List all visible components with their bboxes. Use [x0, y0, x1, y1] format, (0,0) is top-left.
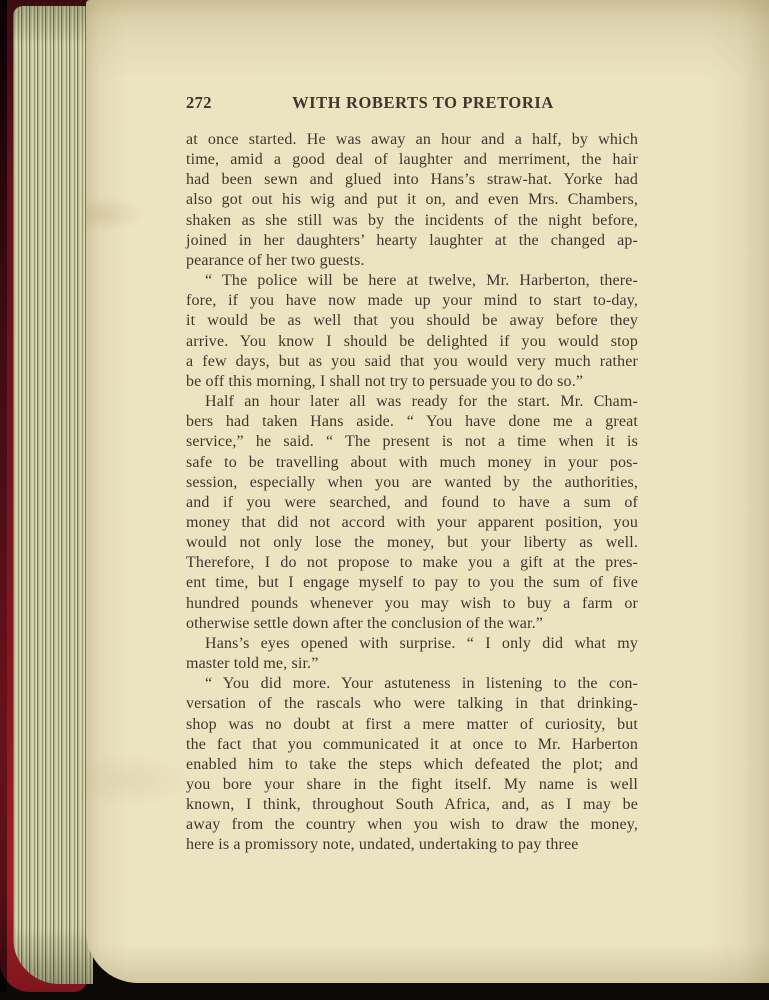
text-line: it would be as well that you should be a…	[186, 311, 638, 331]
text-line: hundred pounds whenever you may wish to …	[186, 594, 638, 614]
text-line: shaken as she still was by the incidents…	[186, 211, 638, 231]
text-line: be off this morning, I shall not try to …	[186, 372, 638, 392]
text-line: Therefore, I do not propose to make you …	[186, 553, 638, 573]
text-line: “ You did more. Your astuteness in liste…	[186, 674, 638, 694]
text-line: known, I think, throughout South Africa,…	[186, 795, 638, 815]
text-line: Half an hour later all was ready for the…	[186, 392, 638, 412]
text-line: safe to be travelling about with much mo…	[186, 453, 638, 473]
book-page: 272 WITH ROBERTS TO PRETORIA at once sta…	[86, 0, 769, 983]
text-line: money that did not accord with your appa…	[186, 513, 638, 533]
page-text: at once started. He was away an hour and…	[186, 130, 638, 856]
running-head: 272 WITH ROBERTS TO PRETORIA	[186, 93, 638, 113]
text-line: a few days, but as you said that you wou…	[186, 352, 638, 372]
text-line: you bore your share in the fight itself.…	[186, 775, 638, 795]
text-line: also got out his wig and put it on, and …	[186, 190, 638, 210]
text-line: the fact that you communicated it at onc…	[186, 735, 638, 755]
text-line: versation of the rascals who were talkin…	[186, 694, 638, 714]
text-line: had been sewn and glued into Hans’s stra…	[186, 170, 638, 190]
running-title: WITH ROBERTS TO PRETORIA	[186, 93, 660, 113]
text-line: Hans’s eyes opened with surprise. “ I on…	[186, 634, 638, 654]
text-line: time, amid a good deal of laughter and m…	[186, 150, 638, 170]
text-line: and if you were searched, and found to h…	[186, 493, 638, 513]
text-line: would not only lose the money, but your …	[186, 533, 638, 553]
text-line: at once started. He was away an hour and…	[186, 130, 638, 150]
text-line: pearance of her two guests.	[186, 251, 638, 271]
page-edges	[13, 6, 93, 984]
text-line: “ The police will be here at twelve, Mr.…	[186, 271, 638, 291]
text-line: joined in her daughters’ hearty laughter…	[186, 231, 638, 251]
text-line: ent time, but I engage myself to pay to …	[186, 573, 638, 593]
text-line: shop was no doubt at first a mere matter…	[186, 715, 638, 735]
text-line: session, especially when you are wanted …	[186, 473, 638, 493]
text-line: here is a promissory note, undated, unde…	[186, 835, 638, 855]
text-line: fore, if you have now made up your mind …	[186, 291, 638, 311]
book-photo: 272 WITH ROBERTS TO PRETORIA at once sta…	[0, 0, 769, 1000]
text-line: master told me, sir.”	[186, 654, 638, 674]
text-line: bers had taken Hans aside. “ You have do…	[186, 412, 638, 432]
text-line: service,” he said. “ The present is not …	[186, 432, 638, 452]
text-line: enabled him to take the steps which defe…	[186, 755, 638, 775]
page-content: 272 WITH ROBERTS TO PRETORIA at once sta…	[186, 0, 638, 856]
text-line: otherwise settle down after the conclusi…	[186, 614, 638, 634]
text-line: away from the country when you wish to d…	[186, 815, 638, 835]
text-line: arrive. You know I should be delighted i…	[186, 332, 638, 352]
